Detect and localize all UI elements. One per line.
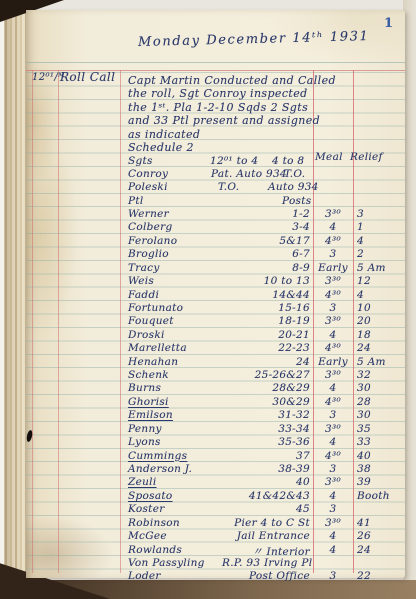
relief-cell: 39 — [357, 476, 401, 488]
relief-cell: 22 — [357, 570, 401, 582]
officer-name: Conroy — [128, 168, 168, 180]
officer-name: Fouquet — [128, 315, 224, 327]
officer-name: Lyons — [128, 436, 224, 448]
posts-cell: Pier 4 to C St — [222, 517, 310, 529]
roster-row: Ghorisi30&294³⁰28 — [26, 396, 405, 409]
meal-cell: 3 — [315, 302, 351, 314]
roster-row: Tracy8-9Early5 Am — [26, 262, 405, 275]
posts-cell: 1-2 — [222, 208, 310, 220]
roster-row: Sposato41&42&434Booth — [26, 490, 405, 503]
relief-cell: 30 — [357, 382, 401, 394]
relief-cell: 40 — [357, 450, 401, 462]
officer-name: Ghorisi — [128, 396, 224, 408]
roster-row: Penny33-343³⁰35 — [26, 423, 405, 436]
officer-name: Zeuli — [128, 476, 224, 488]
roster-row: Cummings374³⁰40 — [26, 450, 405, 463]
roster-row: Koster453 — [26, 503, 405, 516]
posts-cell: 3-4 — [222, 221, 310, 233]
meal-cell: 3³⁰ — [315, 275, 351, 287]
posts-cell: R.P. 93 Irving Pl — [222, 557, 310, 569]
meal-cell: 4 — [315, 490, 351, 502]
relief-cell: 12 — [357, 275, 401, 287]
meal-cell: 3³⁰ — [315, 423, 351, 435]
officer-name: Von Passyling — [128, 557, 224, 569]
posts-cell: 10 to 13 — [222, 275, 310, 287]
ledger-photo: 1 Monday December 14ᵗʰ 1931 12⁰¹/ᴹ Roll … — [0, 0, 416, 599]
officer-name: McGee — [128, 530, 224, 542]
officer-name: Burns — [128, 382, 224, 394]
relief-column-header: Relief — [350, 151, 383, 163]
shift1-assignment: T.O. — [218, 181, 239, 193]
relief-cell: 35 — [357, 423, 401, 435]
meal-cell: 3 — [315, 503, 351, 515]
relief-cell: 20 — [357, 315, 401, 327]
header-rule-teal — [26, 62, 405, 63]
meal-cell: 3 — [315, 570, 351, 582]
shift1-header: 12⁰¹ to 4 — [210, 155, 258, 167]
posts-cell: 14&44 — [222, 289, 310, 301]
posts-cell: 24 — [222, 356, 310, 368]
relief-cell: 4 — [357, 289, 401, 301]
meal-cell: 4 — [315, 436, 351, 448]
officer-name: Loder — [128, 570, 224, 582]
officer-name: Robinson — [128, 517, 224, 529]
roster-row: McGeeJail Entrance426 — [26, 530, 405, 543]
officer-name: Werner — [128, 208, 224, 220]
officer-name: Cummings — [128, 450, 224, 462]
officer-name: Droski — [128, 329, 224, 341]
posts-cell: 33-34 — [222, 423, 310, 435]
relief-cell: 5 Am — [357, 356, 401, 368]
officer-name: Ferolano — [128, 235, 224, 247]
roster-row: Rowlands〃 Interior424 — [26, 544, 405, 557]
relief-cell: 10 — [357, 302, 401, 314]
officer-name: Rowlands — [128, 544, 224, 556]
roster-row: Anderson J.38-39338 — [26, 463, 405, 476]
posts-cell: 35-36 — [222, 436, 310, 448]
officer-name: Tracy — [128, 262, 224, 274]
narrative-line: Capt Martin Conducted and Called — [128, 74, 336, 87]
relief-cell: Booth — [357, 490, 401, 502]
ledger-page: 1 Monday December 14ᵗʰ 1931 12⁰¹/ᴹ Roll … — [26, 10, 405, 578]
relief-cell: 32 — [357, 369, 401, 381]
relief-cell: 1 — [357, 221, 401, 233]
meal-cell: 3 — [315, 248, 351, 260]
narrative-line: Schedule 2 — [128, 141, 194, 154]
officer-name: Sposato — [128, 490, 224, 502]
meal-cell: 4³⁰ — [315, 396, 351, 408]
meal-cell: 4 — [315, 329, 351, 341]
meal-cell: 3³⁰ — [315, 476, 351, 488]
posts-cell: 6-7 — [222, 248, 310, 260]
shift2-assignment: Auto 934 — [268, 181, 319, 193]
roster-row: Fouquet18-193³⁰20 — [26, 315, 405, 328]
meal-cell: Early — [315, 262, 351, 274]
roster-row: Von PassylingR.P. 93 Irving Pl — [26, 557, 405, 570]
roster-row: Emilson31-32330 — [26, 409, 405, 422]
meal-cell: 4³⁰ — [315, 450, 351, 462]
book-page-edges — [0, 6, 28, 586]
meal-cell: 3 — [315, 409, 351, 421]
meal-cell: 3³⁰ — [315, 369, 351, 381]
officer-name: Koster — [128, 503, 224, 515]
posts-cell: 8-9 — [222, 262, 310, 274]
narrative-line: the 1ˢᵗ. Pla 1-2-10 Sqds 2 Sgts — [128, 101, 308, 114]
relief-cell: 33 — [357, 436, 401, 448]
ptl-label: Ptl — [128, 195, 144, 207]
relief-cell: 24 — [357, 544, 401, 556]
meal-column-header: Meal — [315, 151, 343, 163]
roster-row: Fortunato15-16310 — [26, 302, 405, 315]
posts-cell: 25-26&27 — [222, 369, 310, 381]
relief-cell: 24 — [357, 342, 401, 354]
posts-cell: 20-21 — [222, 329, 310, 341]
posts-cell: 40 — [222, 476, 310, 488]
officer-name: Marelletta — [128, 342, 224, 354]
relief-cell: 18 — [357, 329, 401, 341]
photo-background-left — [0, 0, 4, 599]
relief-cell: 4 — [357, 235, 401, 247]
posts-cell: 28&29 — [222, 382, 310, 394]
narrative-line: and 33 Ptl present and assigned — [128, 114, 320, 127]
entry-event-label: Roll Call — [60, 70, 115, 84]
relief-cell: 26 — [357, 530, 401, 542]
sgts-label: Sgts — [128, 155, 153, 167]
roster-row: Colberg3-441 — [26, 221, 405, 234]
shift2-assignment: T.O. — [284, 168, 305, 180]
meal-cell: 4³⁰ — [315, 289, 351, 301]
roster-row: Droski20-21418 — [26, 329, 405, 342]
relief-cell: 3 — [357, 208, 401, 220]
meal-cell: 4³⁰ — [315, 235, 351, 247]
posts-cell: 45 — [222, 503, 310, 515]
posts-cell: Jail Entrance — [222, 530, 310, 542]
meal-cell: 4 — [315, 544, 351, 556]
meal-cell: Early — [315, 356, 351, 368]
posts-cell: 37 — [222, 450, 310, 462]
roster-row: Faddi14&444³⁰4 — [26, 289, 405, 302]
roster-row: Burns28&29430 — [26, 382, 405, 395]
posts-cell: 22-23 — [222, 342, 310, 354]
roster-row: Lyons35-36433 — [26, 436, 405, 449]
shift1-assignment: Pat. Auto 934 — [211, 168, 287, 180]
roster-row: RobinsonPier 4 to C St3³⁰41 — [26, 517, 405, 530]
roster-row: Schenk25-26&273³⁰32 — [26, 369, 405, 382]
meal-cell: 4 — [315, 382, 351, 394]
officer-name: Weis — [128, 275, 224, 287]
officer-name: Fortunato — [128, 302, 224, 314]
date-heading: Monday December 14ᵗʰ 1931 — [138, 29, 370, 50]
posts-cell: 5&17 — [222, 235, 310, 247]
officer-name: Henahan — [128, 356, 224, 368]
page-number: 1 — [384, 16, 393, 31]
posts-cell: 30&29 — [222, 396, 310, 408]
roster-row: Werner1-23³⁰3 — [26, 208, 405, 221]
roster-row: Broglio6-732 — [26, 248, 405, 261]
officer-name: Emilson — [128, 409, 224, 421]
posts-column-header: Posts — [282, 195, 311, 207]
roster-row: Weis10 to 133³⁰12 — [26, 275, 405, 288]
posts-cell: 31-32 — [222, 409, 310, 421]
meal-cell: 3³⁰ — [315, 315, 351, 327]
posts-cell: 38-39 — [222, 463, 310, 475]
meal-cell: 4³⁰ — [315, 342, 351, 354]
officer-name: Anderson J. — [128, 463, 224, 475]
roster-row: Zeuli403³⁰39 — [26, 476, 405, 489]
meal-cell: 3³⁰ — [315, 517, 351, 529]
relief-cell: 30 — [357, 409, 401, 421]
posts-cell: 15-16 — [222, 302, 310, 314]
roster-row: Marelletta22-234³⁰24 — [26, 342, 405, 355]
relief-cell: 28 — [357, 396, 401, 408]
meal-cell: 3³⁰ — [315, 208, 351, 220]
relief-cell: 38 — [357, 463, 401, 475]
officer-name: Broglio — [128, 248, 224, 260]
relief-cell: 41 — [357, 517, 401, 529]
officer-name: Faddi — [128, 289, 224, 301]
meal-cell: 4 — [315, 530, 351, 542]
roster-row: LoderPost Office322 — [26, 570, 405, 583]
roster-row: Ferolano5&174³⁰4 — [26, 235, 405, 248]
posts-cell: 18-19 — [222, 315, 310, 327]
officer-name: Colberg — [128, 221, 224, 233]
relief-cell: 2 — [357, 248, 401, 260]
roster-row: Henahan24Early5 Am — [26, 356, 405, 369]
officer-name: Schenk — [128, 369, 224, 381]
relief-cell: 5 Am — [357, 262, 401, 274]
meal-cell: 4 — [315, 221, 351, 233]
posts-cell: Post Office — [222, 570, 310, 582]
posts-cell: 41&42&43 — [222, 490, 310, 502]
narrative-line: as indicated — [128, 128, 200, 141]
shift2-header: 4 to 8 — [272, 155, 304, 167]
officer-name: Penny — [128, 423, 224, 435]
meal-cell: 3 — [315, 463, 351, 475]
narrative-line: the roll, Sgt Conroy inspected — [128, 87, 308, 100]
officer-name: Poleski — [128, 181, 168, 193]
